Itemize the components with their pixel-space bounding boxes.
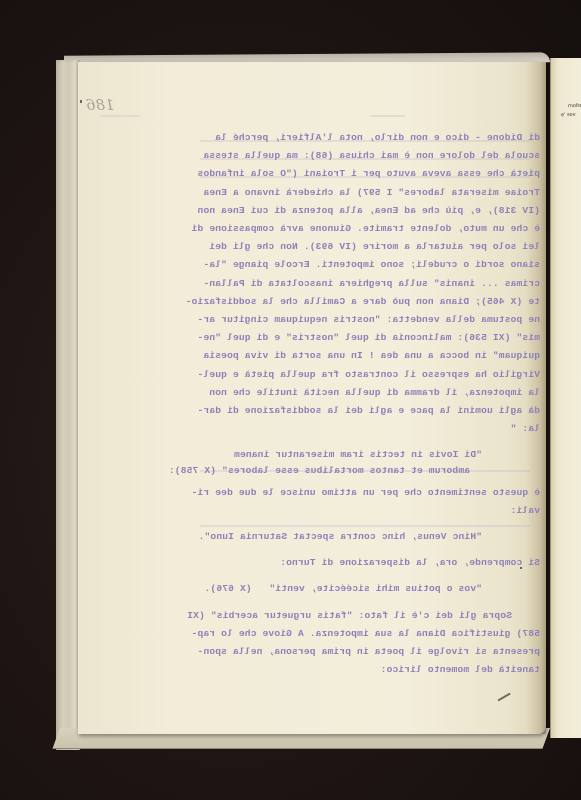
text-line: lei solo per aiutarla a morire (IV 693).… [195,238,540,256]
text-line: mis" (XI 536): malinconia di quel "nostr… [195,329,540,347]
text-line: quiquam" in bocca a una dea ! In una sor… [195,347,540,365]
text-line: dà agli uomini la pace e agli dei la sod… [195,402,540,420]
spacer [195,599,540,607]
text-line: vali: [195,502,540,520]
text-line: taneità del momento lirico: [195,661,540,679]
quote-line: "Di Iovis in tectis iram miserantur inan… [195,446,540,464]
spacer [195,572,540,580]
text-line: Sopra gli dei c'è il fato: "fatis urguet… [195,607,540,625]
page-number: 186 [86,96,115,114]
spacer [195,438,540,446]
typewritten-text: di Didone - dico e non dirlo, nota l'Alf… [195,129,540,679]
header-smudge [100,115,140,117]
book-photo-scene: molte e' sov 186 di Didone - dico e non … [0,0,581,800]
spacer [195,476,540,484]
text-line: Troiae miserata labores" I 597) la chied… [195,184,540,202]
text-line: te (X 465); Diana non può dare a Camilla… [195,293,540,311]
text-line: 587) giustifica Diana la sua impotenza. … [195,625,540,643]
quote-line: "vos o potius mihi sicéécite, venti" (X … [195,580,540,598]
page-mark [80,100,82,103]
margin-note: molte [568,103,581,109]
text-line: di Didone - dico e non dirlo, nota l'Alf… [195,129,540,147]
text-line: ne postuma della vendetta: "nostris nequ… [195,311,540,329]
text-line: crimas ... inanis" sulla preghiera inasc… [195,275,540,293]
text-line: pietà che essa aveva avuto per i Troiani… [195,165,540,183]
margin-note: e' sov [561,112,576,119]
text-line: (IV 318), e, più che ad Enea, alla poten… [195,202,540,220]
header-smudge [370,115,405,117]
text-line: è che un muto, dolente tramite. Giunone … [195,220,540,238]
text-line: Virgilio ha espresso il contrasto fra qu… [195,366,540,384]
quote-line: "Hinc Venus, hinc contra spectat Saturni… [195,528,540,546]
text-line: siano sordi o crudeli; sono impotenti. E… [195,256,540,274]
spacer [195,520,540,528]
page-stack-edge [56,60,80,750]
text-line: è questo sentimento che per un attimo un… [195,484,540,502]
spacer [195,546,540,554]
text-line: la impotenza, il dramma di quella necità… [195,384,540,402]
text-line: presenta si rivolge il poeta in prima pe… [195,643,540,661]
quote-line: amborum et tantos mortalibus esse labore… [195,465,540,476]
text-line: la: " [195,420,540,438]
facing-page: molte e' sov [550,58,581,738]
text-line: Si comprende, ora, la disperazione di Tu… [195,554,540,572]
text-line: scuola del dolore non è mai chiusa (68):… [195,147,540,165]
